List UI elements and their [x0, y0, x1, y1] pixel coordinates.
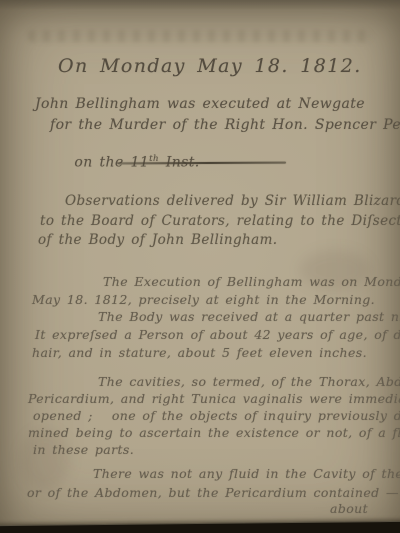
dissection-line-1: The cavities, so termed, of the Thorax, … [98, 374, 400, 389]
execution-line-1: The Execution of Bellingham was on Monda… [103, 274, 400, 289]
ink-bleedthrough [28, 30, 372, 42]
observations-line-2: to the Board of Curators, relating to th… [40, 213, 400, 229]
dissection-line-2: Pericardium, and right Tunica vaginalis … [28, 391, 400, 406]
execution-line-3: The Body was received at a quarter past … [98, 309, 400, 324]
section-divider-rule [118, 162, 286, 165]
date-heading: On Monday May 18. 1812. [58, 55, 362, 77]
fluid-line-2: or of the Abdomen, but the Pericardium c… [27, 485, 399, 500]
intro-line-1: John Bellingham was executed at Newgate [35, 96, 365, 112]
execution-line-2: May 18. 1812, precisely at eight in the … [32, 292, 375, 307]
dissection-line-4: mined being to ascertain the existence o… [28, 425, 400, 440]
fluid-line-1: There was not any fluid in the Cavity of… [93, 466, 400, 481]
execution-line-5: hair, and in stature, about 5 feet eleve… [32, 345, 367, 360]
execution-line-4: It expreſsed a Person of about 42 years … [35, 327, 400, 342]
dissection-line-5: in these parts. [33, 442, 134, 457]
observations-line-1: Observations delivered by Sir William Bl… [65, 193, 400, 209]
manuscript-page: On Monday May 18. 1812. John Bellingham … [0, 0, 400, 533]
book-page-edge [0, 521, 400, 533]
page-top-shadow [0, 0, 400, 10]
observations-line-3: of the Body of John Bellingham. [38, 232, 278, 248]
dissection-line-3: opened ; one of the objects of inquiry p… [33, 408, 400, 423]
intro-line-2: for the Murder of the Right Hon. Spencer… [50, 117, 400, 133]
catchword: about [330, 501, 368, 516]
